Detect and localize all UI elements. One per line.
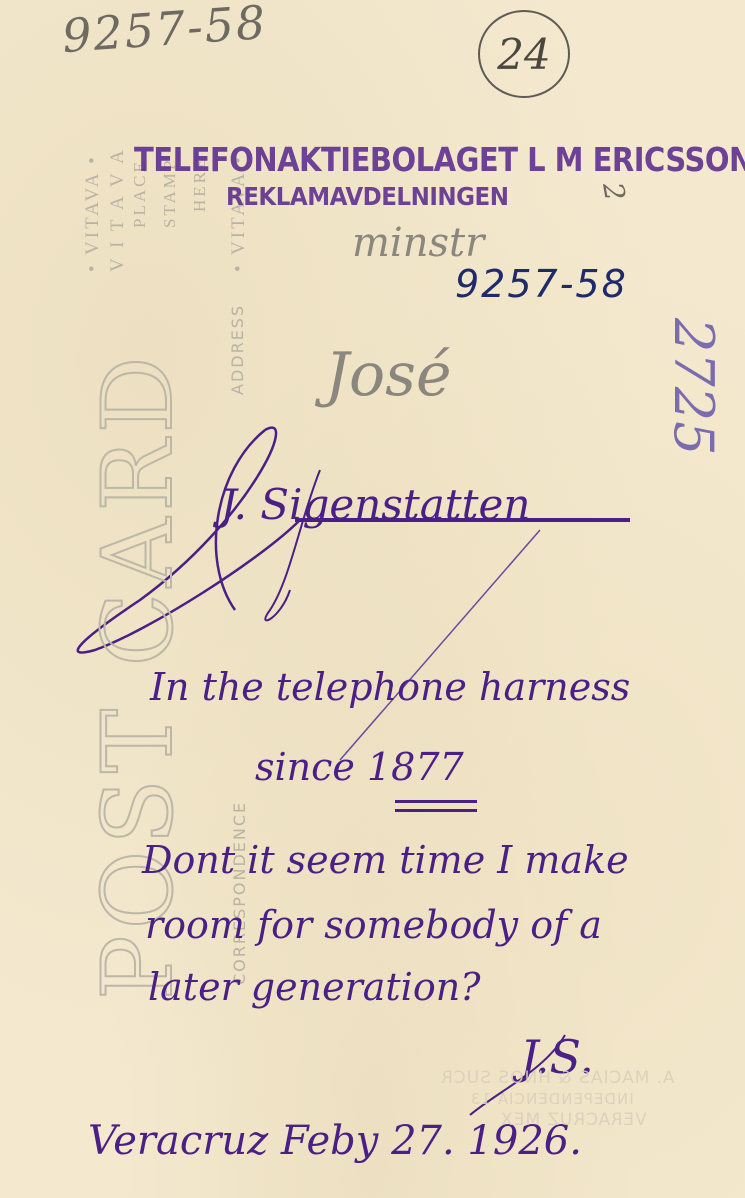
circled-number-text: 24 bbox=[497, 30, 550, 79]
circled-number: 24 bbox=[478, 10, 570, 98]
pencil-mark: 2 bbox=[596, 180, 632, 203]
stamp-box-col1: • VITAVA • bbox=[82, 154, 104, 272]
pencil-word: minstr bbox=[352, 220, 484, 266]
message-line-5: later generation? bbox=[148, 965, 481, 1009]
signature-underline bbox=[295, 518, 630, 522]
message-line-1: In the telephone harness bbox=[150, 665, 630, 709]
correspondence-label: CORRESPONDENCE bbox=[230, 801, 249, 985]
address-label: ADDRESS bbox=[228, 304, 247, 395]
message-line-3: Dont it seem time I make bbox=[142, 838, 629, 882]
year-double-underline bbox=[395, 800, 477, 803]
photographer-stamp-line1: A. MACIAS & HNOS SUCR bbox=[440, 1068, 675, 1088]
blue-catalog-number: 9257-58 bbox=[455, 262, 628, 306]
message-line-2: since 1877 bbox=[255, 745, 464, 789]
pencil-name: José bbox=[325, 340, 451, 410]
side-number: 2725 bbox=[662, 318, 725, 455]
stamp-box-col2: V I T A V A bbox=[107, 147, 129, 272]
company-stamp-line2: REKLAMAVDELNINGEN bbox=[226, 183, 508, 212]
photographer-stamp-line3: VERACRUZ MEX bbox=[500, 1110, 647, 1130]
company-stamp-line1: TELEFONAKTIEBOLAGET L M ERICSSON bbox=[134, 140, 745, 179]
photographer-stamp-line2: INDEPENDENCIA 13 bbox=[470, 1090, 634, 1108]
message-line-4: room for somebody of a bbox=[145, 903, 602, 947]
postcard-back: 9257-58 24 2 minstr 9257-58 José 2725 • … bbox=[0, 0, 745, 1198]
pencil-catalog-number: 9257-58 bbox=[60, 0, 268, 63]
